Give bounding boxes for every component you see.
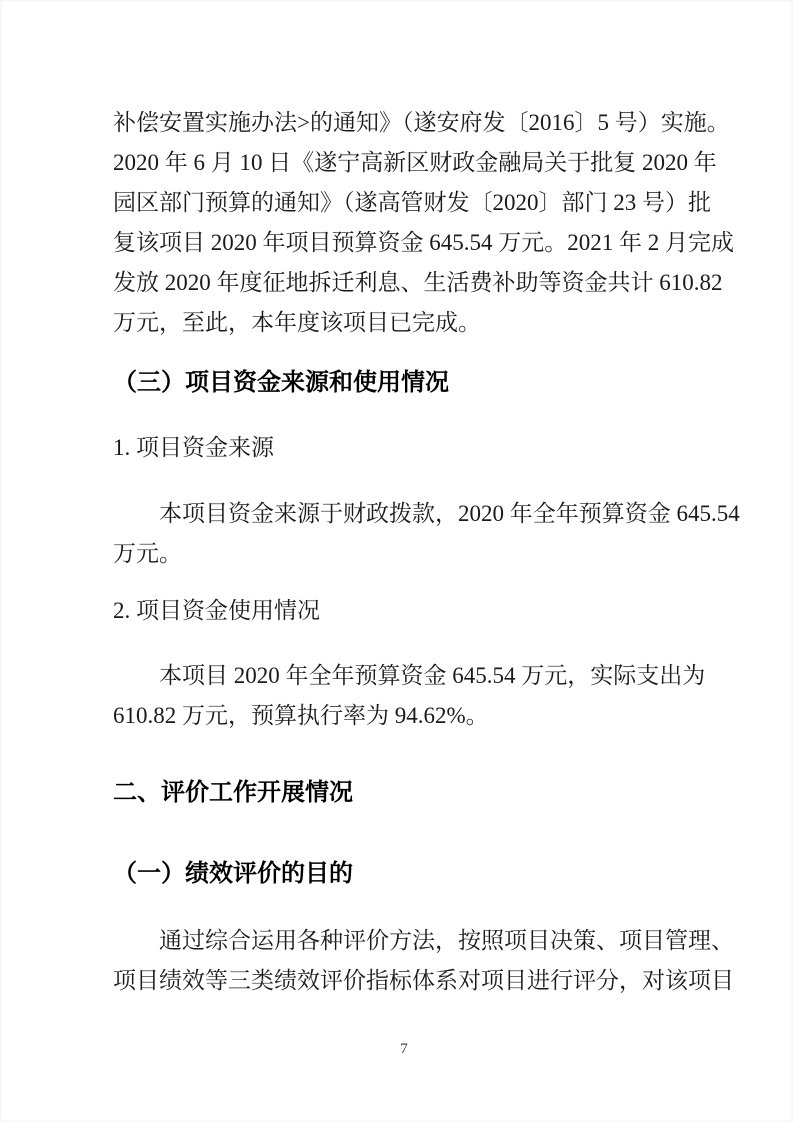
body-paragraph-2: 本项目资金来源于财政拨款，2020 年全年预算资金 645.54 万元。 <box>113 494 695 574</box>
section-heading-3: （三）项目资金来源和使用情况 <box>113 363 695 403</box>
text-line: 复该项目 2020 年项目预算资金 645.54 万元。2021 年 2 月完成 <box>113 223 695 263</box>
body-paragraph-3: 本项目 2020 年全年预算资金 645.54 万元，实际支出为 610.82 … <box>113 656 695 736</box>
text-line: 通过综合运用各种评价方法，按照项目决策、项目管理、 <box>113 921 695 961</box>
text-line: 万元，至此，本年度该项目已完成。 <box>113 303 695 343</box>
section-heading-2-1: （一）绩效评价的目的 <box>113 854 695 894</box>
numbered-item-2-heading: 2. 项目资金使用情况 <box>113 591 695 631</box>
body-paragraph-4: 通过综合运用各种评价方法，按照项目决策、项目管理、 项目绩效等三类绩效评价指标体… <box>113 921 695 1001</box>
text-line: 2020 年 6 月 10 日《遂宁高新区财政金融局关于批复 2020 年 <box>113 143 695 183</box>
body-paragraph-1: 补偿安置实施办法>的通知》（遂安府发〔2016〕5 号）实施。 2020 年 6… <box>113 103 695 343</box>
section-heading-2: 二、评价工作开展情况 <box>113 773 695 813</box>
text-line: 本项目 2020 年全年预算资金 645.54 万元，实际支出为 <box>113 656 695 696</box>
numbered-item-1-heading: 1. 项目资金来源 <box>113 428 695 468</box>
text-line: 项目绩效等三类绩效评价指标体系对项目进行评分，对该项目 <box>113 961 695 1001</box>
text-line: 园区部门预算的通知》（遂高管财发〔2020〕部门 23 号）批 <box>113 183 695 223</box>
page-number: 7 <box>113 1038 695 1060</box>
text-line: 发放 2020 年度征地拆迁利息、生活费补助等资金共计 610.82 <box>113 263 695 303</box>
text-line: 本项目资金来源于财政拨款，2020 年全年预算资金 645.54 <box>113 494 695 534</box>
text-line: 610.82 万元，预算执行率为 94.62%。 <box>113 696 695 736</box>
text-line: 万元。 <box>113 534 695 574</box>
text-line: 补偿安置实施办法>的通知》（遂安府发〔2016〕5 号）实施。 <box>113 103 695 143</box>
document-page: 补偿安置实施办法>的通知》（遂安府发〔2016〕5 号）实施。 2020 年 6… <box>0 0 793 1122</box>
